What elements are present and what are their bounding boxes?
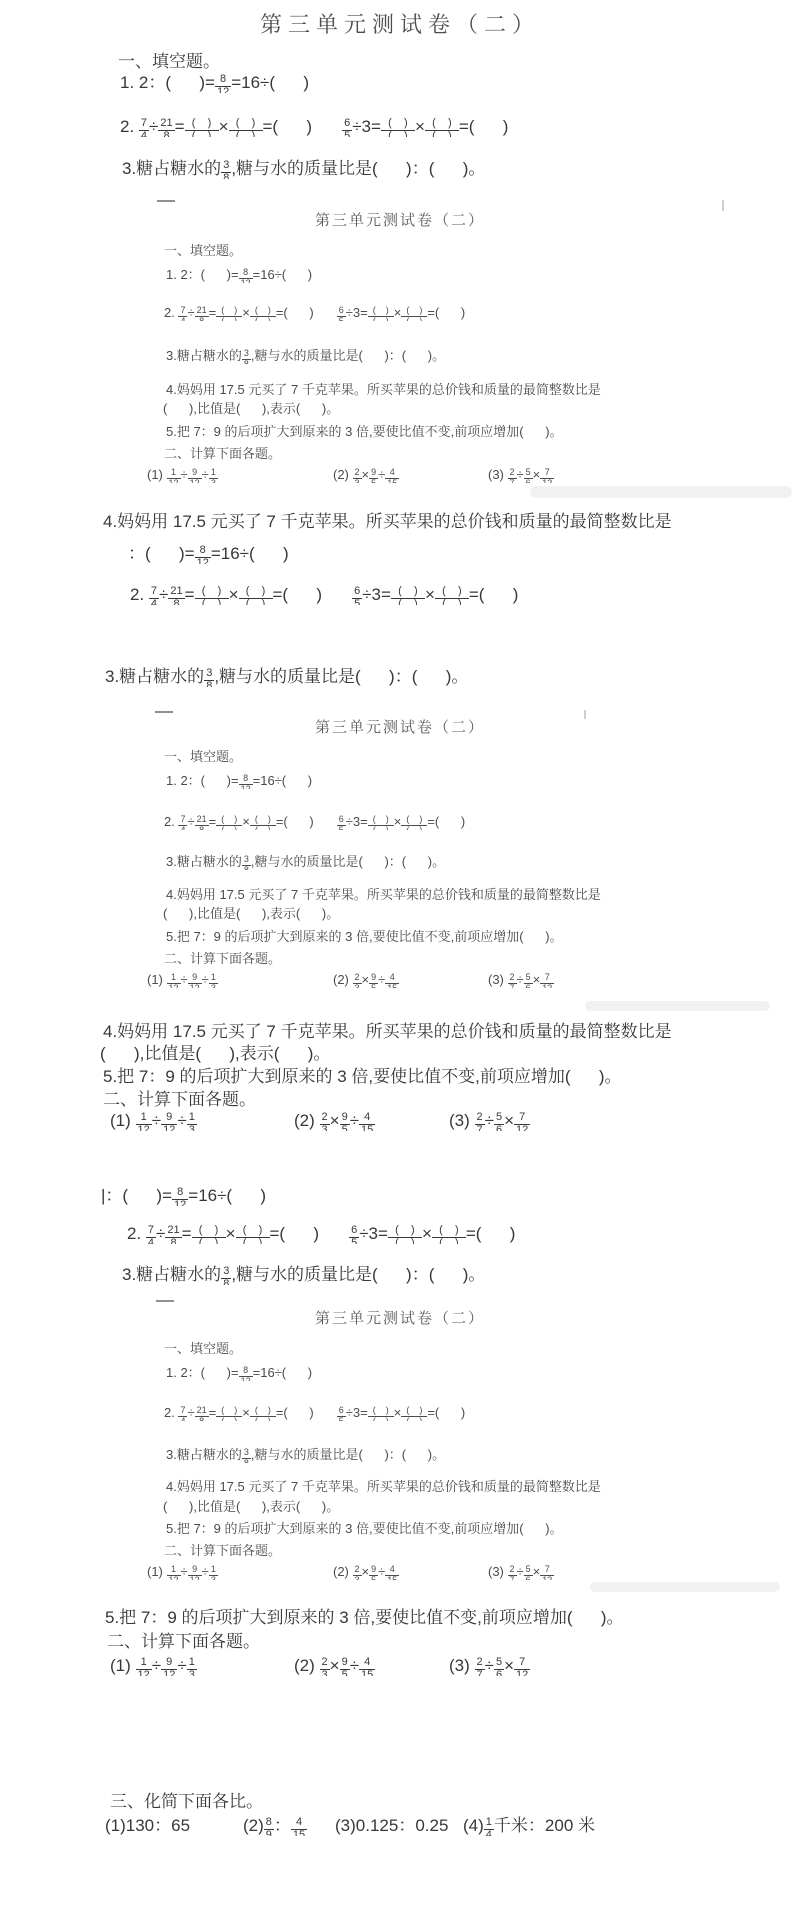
fraction-denominator: 6 [524,478,533,483]
text-run: =16÷( ) [211,544,289,563]
fraction-numerator: 7 [517,1112,527,1124]
fraction-denominator: ( ) [401,1416,427,1421]
text-run: =( ) [276,1405,314,1420]
fraction-denominator: 5 [369,983,378,988]
row-item: (2) 23×95÷415 [333,1564,399,1580]
text-run: = [185,585,195,604]
text-run: ：( )= [128,544,195,563]
fraction-numerator: 3 [242,349,251,359]
fraction-denominator: 8 [168,598,184,605]
fraction-numerator: 7 [543,1565,552,1575]
fraction-numerator: 4 [362,1657,372,1669]
fraction-denominator: 12 [239,278,253,283]
fraction-numerator: 2 [320,1112,330,1124]
text-run: =( ) [469,585,519,604]
text-run: (3) [449,1656,475,1675]
text-run: ( ),比值是( ),表示( )。 [163,401,339,416]
text-run: 5.把 7：9 的后项扩大到原来的 3 倍,要使比值不变,前项应增加( )。 [105,1608,624,1627]
fraction-denominator: 8 [195,316,209,321]
text-run: 1. 2：( )= [166,1365,239,1380]
fraction-denominator: 12 [188,1575,202,1580]
fraction-numerator: 8 [218,74,228,86]
text-run: 2. [127,1224,146,1243]
text-run: (3) [488,467,508,482]
blank-fraction: ( )( ) [239,586,273,605]
fraction: 415 [359,1657,375,1676]
text-run: 2. [164,305,178,320]
text-run: × [533,467,541,482]
fraction-numerator: ( ) [200,586,224,598]
fraction-denominator: ( ) [229,130,263,137]
text-run: 4.妈妈用 17.5 元买了 7 千克苹果。所买苹果的总价钱和质量的最简整数比是 [166,382,601,397]
fraction-denominator: 15 [385,1575,399,1580]
fraction-denominator: 7 [475,1124,485,1131]
question-4-line1-copy3: 4.妈妈用 17.5 元买了 7 千克苹果。所买苹果的总价钱和质量的最简整数比是 [103,511,672,532]
text-run: (2) [333,972,353,987]
text-run: 第三单元测试卷（二） [260,12,540,37]
text-run: × [504,1656,514,1675]
text-run: × [394,1405,402,1420]
fraction-denominator: 3 [187,1124,197,1131]
fraction-numerator: 21 [165,1225,181,1237]
blank-fraction: ( )( ) [391,586,425,605]
question-5-copy5: 5.把 7：9 的后项扩大到原来的 3 倍,要使比值不变,前项应增加( )。 [103,1066,622,1087]
fraction-numerator: 9 [164,1657,174,1669]
question-4-line2-copy5: ( ),比值是( ),表示( )。 [100,1043,330,1064]
text-run: 3.糖占糖水的 [166,348,242,363]
blank-fraction: ( )( ) [388,1225,422,1244]
fraction-numerator: 8 [198,545,208,557]
text-run: × [226,1224,236,1243]
fraction-denominator: ( ) [368,316,394,321]
row-item: (3) 27÷56×712 [488,972,554,988]
blank-fraction: ( )( ) [435,586,469,605]
question-3-copy1: 3.糖占糖水的38,糖与水的质量比是( )：( )。 [122,158,485,179]
fraction: 38 [242,349,251,364]
fraction: 218 [168,586,184,605]
fraction: 13 [209,973,218,988]
fraction-numerator: ( ) [371,1406,391,1416]
fraction: 56 [524,973,533,988]
fraction-denominator: 12 [188,983,202,988]
fraction: 112 [136,1112,152,1131]
text-run: = [182,1224,192,1243]
row-item: (3)0.125：0.25 [335,1815,448,1836]
question-5-copy2: 5.把 7：9 的后项扩大到原来的 3 倍,要使比值不变,前项应增加( )。 [166,424,563,440]
text-run: (4) [463,1816,484,1835]
blank-fraction: ( )( ) [250,1406,276,1421]
text-run: (2) [243,1816,264,1835]
blank-fraction: ( )( ) [236,1225,270,1244]
fraction-denominator: 3 [353,1575,362,1580]
fraction-numerator: ( ) [393,1225,417,1237]
question-2-copy3: 2. 74÷218=( )( )×( )( )=( )65÷3=( )( )×(… [130,584,518,605]
fraction-numerator: 2 [353,468,362,478]
text-run: = [209,814,217,829]
fraction-denominator: 12 [161,1124,177,1131]
text-run: 1. 2：( )= [166,773,239,788]
page-break-dash-3 [156,1300,174,1302]
text-run: × [219,117,229,136]
row-item: (3) 27÷56×712 [449,1110,530,1131]
fraction: 23 [320,1112,330,1131]
question-1-copy7: 1. 2：( )=812=16÷( ) [166,1365,312,1381]
render-smudge-1 [530,486,792,498]
fraction-denominator: 3 [209,983,218,988]
fraction-denominator: 3 [353,983,362,988]
fraction-denominator: 12 [172,1199,188,1206]
text-run: 2. [164,1405,178,1420]
fraction: 74 [139,118,149,137]
fraction: 38 [221,1266,231,1285]
fraction: 65 [337,306,346,321]
fraction-denominator: 12 [540,1575,554,1580]
section-2-heading-copy5: 二、计算下面各题。 [103,1089,256,1110]
page-break-dash-2 [155,711,173,713]
fraction-denominator: ( ) [195,598,229,605]
blank-fraction: ( )( ) [229,118,263,137]
text-run: ÷3= [362,585,391,604]
fraction-numerator: ( ) [244,586,268,598]
text-run: ÷ [202,467,209,482]
text-run: ,糖与水的质量比是( )：( )。 [251,348,445,363]
fraction: 27 [508,468,517,483]
text-run: ,糖与水的质量比是( )：( )。 [251,1447,445,1462]
fraction-denominator: 5 [340,1124,350,1131]
fraction-denominator: 5 [337,825,346,830]
fraction-numerator: 6 [337,815,346,825]
text-run: ÷ [187,305,194,320]
fraction: 23 [353,973,362,988]
blank-fraction: ( )( ) [425,118,459,137]
blank-fraction: ( )( ) [368,306,394,321]
text-run: =16÷( ) [253,267,313,282]
fraction-numerator: 5 [524,468,533,478]
fraction-numerator: 6 [337,1406,346,1416]
text-run: × [242,814,250,829]
row-item: (2) 23×95÷415 [294,1110,375,1131]
text-run: 5.把 7：9 的后项扩大到原来的 3 倍,要使比值不变,前项应增加( )。 [103,1067,622,1086]
question-4-line2-copy4: ( ),比值是( ),表示( )。 [163,906,339,922]
text-run: 2. [120,117,139,136]
text-run: ÷ [187,814,194,829]
fraction-denominator: ( ) [250,1416,276,1421]
text-run: ÷ [378,972,385,987]
row-item: (2) 23×95÷415 [333,972,399,988]
fraction-denominator: 6 [524,1575,533,1580]
doc-title-copy1: 第三单元测试卷（二） [0,14,800,35]
text-run: ÷ [152,1111,161,1130]
text-run: ÷ [156,1224,165,1243]
blank-fraction: ( )( ) [216,1406,242,1421]
fraction: 23 [320,1657,330,1676]
text-run: (2) [333,467,353,482]
doc-title-copy7: 第三单元测试卷（二） [0,1311,800,1327]
text-run: ÷ [202,1564,209,1579]
fraction: 812 [215,74,231,93]
text-run: 二、计算下面各题。 [164,1543,281,1558]
fraction-numerator: 8 [241,268,250,278]
fraction-numerator: 9 [369,1565,378,1575]
fraction-denominator: 6 [494,1124,504,1131]
fraction-numerator: 1 [187,1112,197,1124]
text-run: ( ),比值是( ),表示( )。 [163,1499,339,1514]
text-run: ÷ [517,972,524,987]
fraction-numerator: 1 [139,1112,149,1124]
text-run: 4.妈妈用 17.5 元买了 7 千克苹果。所买苹果的总价钱和质量的最简整数比是 [166,887,601,902]
row-item: (1) 112÷912÷13 [147,467,218,483]
fraction-denominator: 12 [239,784,253,789]
render-smudge-3 [590,1582,780,1592]
text-run: × [242,305,250,320]
text-run: (1) [110,1111,136,1130]
fraction-denominator: 5 [342,130,352,137]
fraction-denominator: ( ) [425,130,459,137]
text-run: 3.糖占糖水的 [122,1265,221,1284]
text-run: 二、计算下面各题。 [107,1632,260,1651]
fraction-numerator: 1 [169,1565,178,1575]
question-2-copy1: 2. 74÷218=( )( )×( )( )=( )65÷3=( )( )×(… [120,116,508,137]
text-run: 一、填空题。 [164,749,242,764]
text-run: ÷3= [352,117,381,136]
fraction: 112 [136,1657,152,1676]
question-2-copy2: 2. 74÷218=( )( )×( )( )=( )65÷3=( )( )×(… [164,305,465,321]
text-run: ： [274,1816,291,1835]
fraction: 14 [484,1817,494,1836]
text-run: ÷ [350,1656,359,1675]
text-run: × [533,972,541,987]
row-item: (1)130：65 [105,1815,190,1836]
question-2-copy7: 2. 74÷218=( )( )×( )( )=( )65÷3=( )( )×(… [164,1405,465,1421]
fraction-numerator: 6 [349,1225,359,1237]
fraction: 912 [161,1657,177,1676]
fraction: 112 [167,468,181,483]
fraction-numerator: 7 [149,586,159,598]
fraction: 65 [349,1225,359,1244]
fraction-denominator: 12 [161,1669,177,1676]
text-run: =( ) [263,117,313,136]
fraction-numerator: ( ) [253,306,273,316]
text-run: 3.糖占糖水的 [105,667,204,686]
blank-fraction: ( )( ) [195,586,229,605]
text-run: =( ) [427,814,465,829]
text-run: =( ) [466,1224,516,1243]
fraction-denominator: 8 [158,130,174,137]
fraction: 812 [172,1187,188,1206]
text-run: =( ) [276,814,314,829]
row-item: (3) 27÷56×712 [488,1564,554,1580]
fraction-numerator: 1 [169,973,178,983]
text-run: × [425,585,435,604]
question-1-copy1: 1. 2：( )=812=16÷( ) [120,72,309,93]
text-run: ,糖与水的质量比是( )：( )。 [231,159,485,178]
row-item: (1) 112÷912÷13 [110,1655,197,1676]
fraction-numerator: 3 [242,855,251,865]
fraction: 912 [161,1112,177,1131]
edge-tick-2 [584,710,586,719]
text-run: ÷3= [346,1405,368,1420]
text-run: 二、计算下面各题。 [164,951,281,966]
fraction: 74 [149,586,159,605]
fraction-numerator: 4 [388,1565,397,1575]
text-run: 5.把 7：9 的后项扩大到原来的 3 倍,要使比值不变,前项应增加( )。 [166,929,563,944]
fraction-numerator: 9 [369,468,378,478]
fraction-denominator: 5 [337,1416,346,1421]
fraction-numerator: 6 [342,118,352,130]
text-run: 3.糖占糖水的 [122,159,221,178]
doc-title-copy2: 第三单元测试卷（二） [0,213,800,229]
fraction-denominator: 12 [167,478,181,483]
question-1-fragment-copy6: |：( )=812=16÷( ) [101,1185,266,1206]
fraction-denominator: 12 [195,557,211,564]
fraction: 56 [524,468,533,483]
text-run: ÷ [202,972,209,987]
section-1-heading-copy7: 一、填空题。 [164,1341,242,1357]
edge-tick-1 [722,200,724,211]
question-4-line1-copy2: 4.妈妈用 17.5 元买了 7 千克苹果。所买苹果的总价钱和质量的最简整数比是 [166,382,601,398]
fraction-denominator: ( ) [236,1237,270,1244]
fraction-denominator: 8 [242,359,251,364]
fraction-numerator: ( ) [234,118,258,130]
text-run: ÷ [350,1111,359,1130]
fraction-numerator: ( ) [404,306,424,316]
fraction-numerator: 21 [195,306,209,316]
fraction-numerator: 8 [241,774,250,784]
row-item: (1) 112÷912÷13 [110,1110,197,1131]
text-run: ÷ [159,585,168,604]
fraction: 13 [209,468,218,483]
blank-fraction: ( )( ) [368,1406,394,1421]
fraction-numerator: ( ) [371,815,391,825]
blank-fraction: ( )( ) [401,306,427,321]
fraction-denominator: ( ) [401,825,427,830]
text-run: 5.把 7：9 的后项扩大到原来的 3 倍,要使比值不变,前项应增加( )。 [166,1521,563,1536]
fraction-numerator: 4 [294,1817,304,1829]
fraction-numerator: 2 [508,468,517,478]
fraction-numerator: 21 [195,1406,209,1416]
question-4-line2-copy2: ( ),比值是( ),表示( )。 [163,401,339,417]
fraction-denominator: 8 [221,172,231,179]
fraction: 23 [353,1565,362,1580]
row-item: (3) 27÷56×712 [449,1655,530,1676]
row-item: (1) 112÷912÷13 [147,972,218,988]
fraction-denominator: 5 [369,478,378,483]
text-run: (1) [147,467,167,482]
question-3-copy6: 3.糖占糖水的38,糖与水的质量比是( )：( )。 [122,1264,485,1285]
text-run: × [362,972,370,987]
text-run: 4.妈妈用 17.5 元买了 7 千克苹果。所买苹果的总价钱和质量的最简整数比是 [166,1479,601,1494]
fraction: 89 [264,1817,274,1836]
fraction: 56 [524,1565,533,1580]
fraction-numerator: 5 [524,973,533,983]
text-run: (3) [488,972,508,987]
text-run: ( ),比值是( ),表示( )。 [100,1044,330,1063]
text-run: × [362,467,370,482]
text-run: (2) [333,1564,353,1579]
fraction-numerator: 1 [187,1657,197,1669]
fraction-denominator: 3 [353,478,362,483]
fraction: 38 [204,668,214,687]
fraction-denominator: 12 [136,1124,152,1131]
fraction-numerator: 9 [340,1112,350,1124]
section-2-heading-copy7: 二、计算下面各题。 [164,1543,281,1559]
fraction-denominator: ( ) [239,598,273,605]
text-run: 第三单元测试卷（二） [315,1311,485,1327]
fraction: 415 [385,468,399,483]
text-run: ÷ [181,1564,188,1579]
fraction-denominator: 12 [514,1669,530,1676]
fraction-denominator: 4 [484,1829,494,1836]
fraction-denominator: 12 [514,1124,530,1131]
row-item: (1) 112÷912÷13 [147,1564,218,1580]
blank-fraction: ( )( ) [432,1225,466,1244]
fraction-numerator: 4 [388,468,397,478]
fraction-numerator: 2 [475,1657,485,1669]
fraction: 27 [508,973,517,988]
text-run: 三、化简下面各比。 [110,1792,263,1811]
fraction-denominator: 12 [167,983,181,988]
text-run: 4.妈妈用 17.5 元买了 7 千克苹果。所买苹果的总价钱和质量的最简整数比是 [103,512,672,531]
fraction-numerator: 9 [164,1112,174,1124]
fraction-denominator: 12 [167,1575,181,1580]
fraction: 112 [167,973,181,988]
fraction-denominator: 7 [508,1575,517,1580]
section-2-heading-copy4: 二、计算下面各题。 [164,951,281,967]
fraction: 95 [369,1565,378,1580]
row-item: (2) 23×95÷415 [294,1655,375,1676]
fraction-numerator: 7 [517,1657,527,1669]
fraction-numerator: 1 [209,973,218,983]
text-run: (3)0.125：0.25 [335,1816,448,1835]
fraction-numerator: ( ) [190,118,214,130]
fraction-numerator: 5 [494,1112,504,1124]
text-run: ÷ [187,1405,194,1420]
text-run: (2) [294,1111,320,1130]
text-run: =( ) [273,585,323,604]
blank-fraction: ( )( ) [250,815,276,830]
fraction-numerator: ( ) [440,586,464,598]
text-run: × [362,1564,370,1579]
fraction: 65 [342,118,352,137]
fraction-numerator: ( ) [219,815,239,825]
fraction-denominator: 12 [540,478,554,483]
text-run: ÷3= [359,1224,388,1243]
fraction-denominator: 4 [149,598,159,605]
text-run: × [394,305,402,320]
render-smudge-2 [585,1001,770,1011]
fraction-denominator: ( ) [216,825,242,830]
fraction: 218 [195,306,209,321]
text-run: ÷ [517,1564,524,1579]
section-1-heading-copy1: 一、填空题。 [118,51,220,72]
text-run: = [209,305,217,320]
section-2-heading-copy2: 二、计算下面各题。 [164,446,281,462]
fraction-numerator: 2 [353,1565,362,1575]
question-5-copy7: 5.把 7：9 的后项扩大到原来的 3 倍,要使比值不变,前项应增加( )。 [166,1521,563,1537]
text-run: (1) [147,972,167,987]
fraction-denominator: 3 [320,1124,330,1131]
fraction-denominator: 8 [242,865,251,870]
fraction: 13 [187,1112,197,1131]
fraction-numerator: ( ) [253,815,273,825]
fraction-numerator: 1 [209,1565,218,1575]
text-run: (3) [449,1111,475,1130]
fraction-denominator: 4 [139,130,149,137]
blank-fraction: ( )( ) [185,118,219,137]
fraction: 912 [188,1565,202,1580]
text-run: × [422,1224,432,1243]
text-run: 一、填空题。 [164,1341,242,1356]
